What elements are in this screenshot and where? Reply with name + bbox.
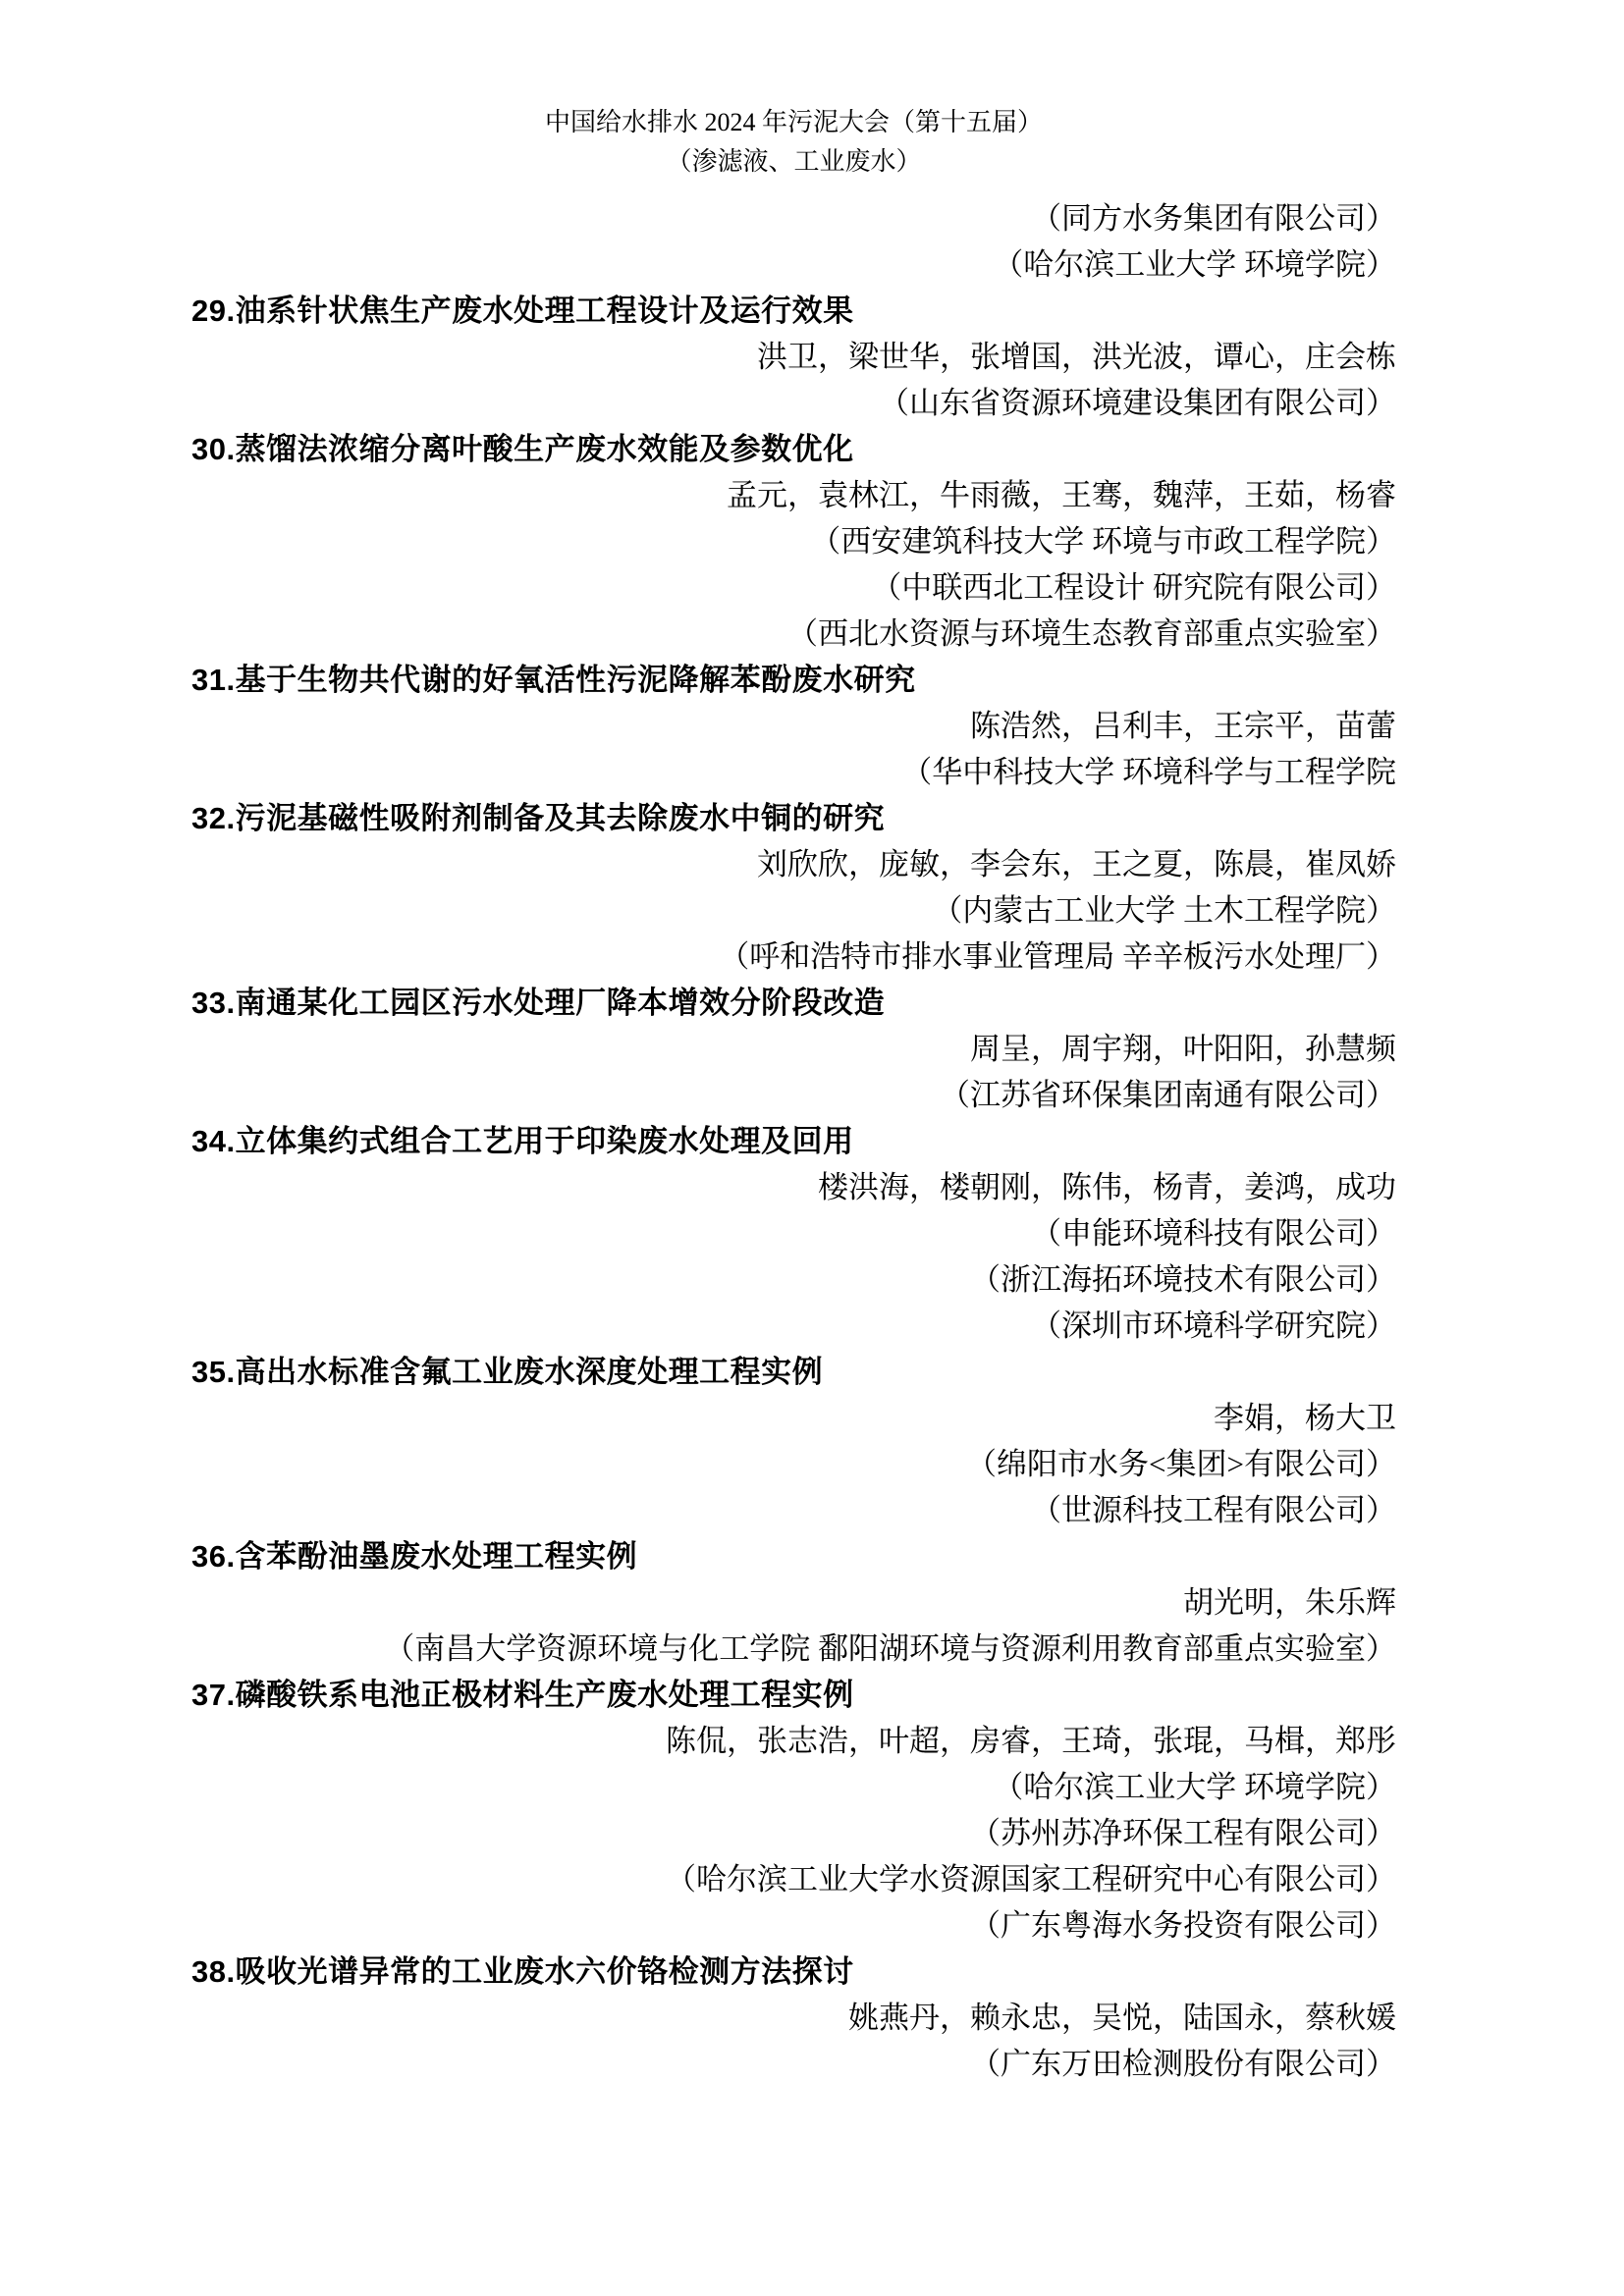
continuation-affiliations: （同方水务集团有限公司） （哈尔滨工业大学 环境学院） (191, 195, 1396, 288)
entry-affiliation: （呼和浩特市排水事业管理局 辛辛板污水处理厂） (191, 934, 1396, 980)
entry-authors: 洪卫，梁世华，张增国，洪光波，谭心，庄会栋 (191, 334, 1396, 380)
program-entry: 34.立体集约式组合工艺用于印染废水处理及回用 楼洪海，楼朝刚，陈伟，杨青，姜鸿… (191, 1118, 1396, 1349)
entry-affiliation: （哈尔滨工业大学 环境学院） (191, 1764, 1396, 1810)
entry-authors: 周呈，周宇翔，叶阳阳，孙慧频 (191, 1026, 1396, 1072)
entry-affiliation: （华中科技大学 环境科学与工程学院 (191, 749, 1396, 795)
entry-authors: 胡光明，朱乐辉 (191, 1579, 1396, 1626)
entry-affiliation: （申能环境科技有限公司） (191, 1210, 1396, 1256)
entry-title: 34.立体集约式组合工艺用于印染废水处理及回用 (191, 1118, 1396, 1164)
program-entry: 35.高出水标准含氟工业废水深度处理工程实例 李娟，杨大卫 （绵阳市水务<集团>… (191, 1349, 1396, 1533)
entry-affiliation: （南昌大学资源环境与化工学院 鄱阳湖环境与资源利用教育部重点实验室） (191, 1626, 1396, 1672)
entries-list: 29.油系针状焦生产废水处理工程设计及运行效果 洪卫，梁世华，张增国，洪光波，谭… (191, 288, 1396, 2087)
entry-title: 29.油系针状焦生产废水处理工程设计及运行效果 (191, 288, 1396, 334)
entry-title: 37.磷酸铁系电池正极材料生产废水处理工程实例 (191, 1672, 1396, 1718)
entry-title: 32.污泥基磁性吸附剂制备及其去除废水中铜的研究 (191, 795, 1396, 841)
entry-title: 33.南通某化工园区污水处理厂降本增效分阶段改造 (191, 980, 1396, 1026)
program-entry: 31.基于生物共代谢的好氧活性污泥降解苯酚废水研究 陈浩然，吕利丰，王宗平，苗蕾… (191, 657, 1396, 795)
entry-title: 38.吸收光谱异常的工业废水六价铬检测方法探讨 (191, 1949, 1396, 1995)
entry-authors: 楼洪海，楼朝刚，陈伟，杨青，姜鸿，成功 (191, 1164, 1396, 1210)
program-entry: 29.油系针状焦生产废水处理工程设计及运行效果 洪卫，梁世华，张增国，洪光波，谭… (191, 288, 1396, 426)
entry-authors: 孟元，袁林江，牛雨薇，王骞，魏萍，王茹，杨睿 (191, 472, 1396, 518)
program-entry: 30.蒸馏法浓缩分离叶酸生产废水效能及参数优化 孟元，袁林江，牛雨薇，王骞，魏萍… (191, 426, 1396, 657)
document-page: 中国给水排水 2024 年污泥大会（第十五届） （渗滤液、工业废水） （同方水务… (0, 0, 1624, 2296)
document-header: 中国给水排水 2024 年污泥大会（第十五届） （渗滤液、工业废水） (191, 103, 1396, 182)
entry-authors: 刘欣欣，庞敏，李会东，王之夏，陈晨，崔凤娇 (191, 841, 1396, 887)
entry-title: 35.高出水标准含氟工业废水深度处理工程实例 (191, 1349, 1396, 1395)
entry-affiliation: （内蒙古工业大学 土木工程学院） (191, 887, 1396, 934)
entry-authors: 李娟，杨大卫 (191, 1395, 1396, 1441)
entry-title: 36.含苯酚油墨废水处理工程实例 (191, 1533, 1396, 1579)
entry-affiliation: （世源科技工程有限公司） (191, 1487, 1396, 1533)
entry-affiliation: （西北水资源与环境生态教育部重点实验室） (191, 611, 1396, 657)
program-entry: 33.南通某化工园区污水处理厂降本增效分阶段改造 周呈，周宇翔，叶阳阳，孙慧频 … (191, 980, 1396, 1118)
header-title-line1: 中国给水排水 2024 年污泥大会（第十五届） (191, 103, 1396, 142)
entry-affiliation: （中联西北工程设计 研究院有限公司） (191, 564, 1396, 611)
program-entry: 37.磷酸铁系电池正极材料生产废水处理工程实例 陈侃，张志浩，叶超，房睿，王琦，… (191, 1672, 1396, 1949)
entry-affiliation: （绵阳市水务<集团>有限公司） (191, 1441, 1396, 1487)
entry-affiliation: （苏州苏净环保工程有限公司） (191, 1810, 1396, 1856)
entry-affiliation: （哈尔滨工业大学水资源国家工程研究中心有限公司） (191, 1856, 1396, 1902)
entry-affiliation: （广东万田检测股份有限公司） (191, 2041, 1396, 2087)
entry-affiliation: （江苏省环保集团南通有限公司） (191, 1072, 1396, 1118)
entry-title: 31.基于生物共代谢的好氧活性污泥降解苯酚废水研究 (191, 657, 1396, 703)
header-title-line2: （渗滤液、工业废水） (191, 142, 1396, 182)
entry-affiliation: （深圳市环境科学研究院） (191, 1303, 1396, 1349)
entry-affiliation: （哈尔滨工业大学 环境学院） (191, 241, 1396, 288)
entry-authors: 陈侃，张志浩，叶超，房睿，王琦，张琨，马楫，郑彤 (191, 1718, 1396, 1764)
entry-authors: 姚燕丹，赖永忠，吴悦，陆国永，蔡秋媛 (191, 1995, 1396, 2041)
program-entry: 38.吸收光谱异常的工业废水六价铬检测方法探讨 姚燕丹，赖永忠，吴悦，陆国永，蔡… (191, 1949, 1396, 2087)
program-entry: 36.含苯酚油墨废水处理工程实例 胡光明，朱乐辉 （南昌大学资源环境与化工学院 … (191, 1533, 1396, 1672)
entry-affiliation: （山东省资源环境建设集团有限公司） (191, 380, 1396, 426)
entry-affiliation: （浙江海拓环境技术有限公司） (191, 1256, 1396, 1303)
entry-affiliation: （广东粤海水务投资有限公司） (191, 1902, 1396, 1949)
entry-authors: 陈浩然，吕利丰，王宗平，苗蕾 (191, 703, 1396, 749)
program-entry: 32.污泥基磁性吸附剂制备及其去除废水中铜的研究 刘欣欣，庞敏，李会东，王之夏，… (191, 795, 1396, 980)
entry-affiliation: （西安建筑科技大学 环境与市政工程学院） (191, 518, 1396, 564)
entry-affiliation: （同方水务集团有限公司） (191, 195, 1396, 241)
entry-title: 30.蒸馏法浓缩分离叶酸生产废水效能及参数优化 (191, 426, 1396, 472)
